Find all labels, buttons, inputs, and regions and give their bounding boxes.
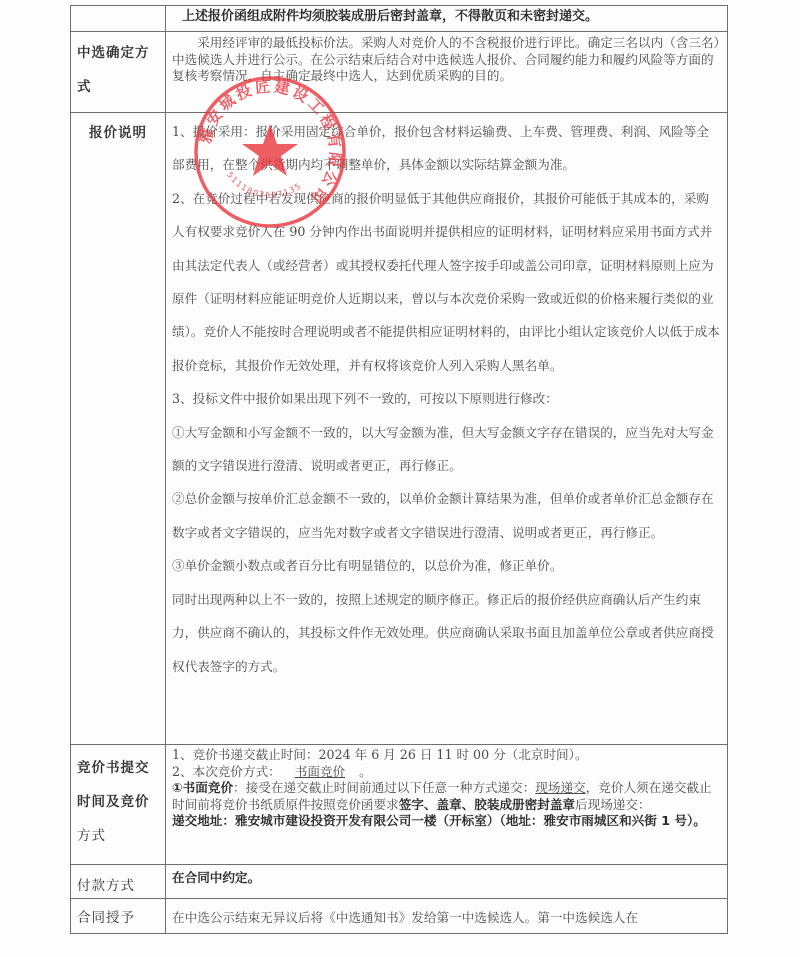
onsite-submission: 现场递交	[535, 780, 585, 795]
quote-rule-2: ②总价金额与按单价汇总金额不一致的，以单价金额计算结果为准，但单价或者单价汇总金…	[166, 482, 727, 549]
method-value: 书面竞价	[281, 764, 359, 779]
payment-text: 在合同中约定。	[166, 865, 727, 891]
selection-method-label: 中选确定方 式	[71, 32, 166, 113]
table-row-quote-explanation: 报价说明 1、报价采用：报价采用固定综合单价，报价包含材料运输费、上车费、管理费…	[71, 113, 728, 745]
procurement-terms-table: 上述报价函组成附件均须胶装成册后密封盖章，不得散页和未密封递交。 中选确定方 式…	[70, 5, 728, 934]
table-row-submission: 竞价书提交 时间及竞价 方式 1、竞价书递交截止时间：2024 年 6 月 26…	[71, 745, 728, 865]
table-row-contract-award: 合同授予 在中选公示结束无异议后将《中选通知书》发给第一中选候选人。第一中选候选…	[71, 899, 728, 934]
quote-explanation-value: 1、报价采用：报价采用固定综合单价，报价包含材料运输费、上车费、管理费、利润、风…	[166, 113, 728, 745]
label-line: 中选确定方	[77, 36, 159, 70]
payment-label: 付款方式	[71, 865, 166, 899]
document-page: 上述报价函组成附件均须胶装成册后密封盖章，不得散页和未密封递交。 中选确定方 式…	[0, 0, 800, 957]
contract-award-label: 合同授予	[71, 899, 166, 934]
label-line: 方式	[77, 819, 159, 853]
payment-value: 在合同中约定。	[166, 865, 728, 899]
submission-value: 1、竞价书递交截止时间：2024 年 6 月 26 日 11 时 00 分（北京…	[166, 745, 728, 865]
contract-award-value: 在中选公示结束无异议后将《中选通知书》发给第一中选候选人。第一中选候选人在	[166, 899, 728, 934]
selection-method-text: 采用经评审的最低投标价法。采购人对竞价人的不含税报价进行评比。确定三名以内（含三…	[166, 32, 727, 88]
label-line: 竞价书提交	[77, 751, 159, 785]
empty-label-cell	[71, 6, 166, 32]
table-row-sealing-note: 上述报价函组成附件均须胶装成册后密封盖章，不得散页和未密封递交。	[71, 6, 728, 32]
sealing-note-text: 上述报价函组成附件均须胶装成册后密封盖章，不得散页和未密封递交。	[166, 6, 727, 28]
quote-paragraph-3: 3、投标文件中报价如果出现下列不一致的，可按以下原则进行修改：	[166, 382, 727, 415]
quote-explanation-label: 报价说明	[71, 113, 166, 745]
quote-paragraph-final: 同时出现两种以上不一致的，按照上述规定的顺序修正。修正后的报价经供应商确认后产生…	[166, 583, 727, 683]
contract-award-text: 在中选公示结束无异议后将《中选通知书》发给第一中选候选人。第一中选候选人在	[166, 899, 727, 933]
selection-method-value: 采用经评审的最低投标价法。采购人对竞价人的不含税报价进行评比。确定三名以内（含三…	[166, 32, 728, 113]
table-row-payment: 付款方式 在合同中约定。	[71, 865, 728, 899]
quote-rule-1: ①大写金额和小写金额不一致的，以大写金额为准，但大写金额文字存在错误的，应当先对…	[166, 416, 727, 483]
submission-label: 竞价书提交 时间及竞价 方式	[71, 745, 166, 865]
quote-paragraph-2: 2、在竞价过程中若发现供应商的报价明显低于其他供应商报价，其报价可能低于其成本的…	[166, 182, 727, 382]
table-row-selection-method: 中选确定方 式 采用经评审的最低投标价法。采购人对竞价人的不含税报价进行评比。确…	[71, 32, 728, 113]
submission-deadline: 1、竞价书递交截止时间：2024 年 6 月 26 日 11 时 00 分（北京…	[172, 747, 721, 764]
submission-method: 2、本次竞价方式：书面竞价。	[172, 764, 721, 781]
quote-rule-3: ③单价金额小数点或者百分比有明显错位的，以总价为准，修正单价。	[166, 549, 727, 582]
quote-paragraph-1: 1、报价采用：报价采用固定综合单价，报价包含材料运输费、上车费、管理费、利润、风…	[166, 115, 727, 182]
submission-address: 递交地址：雅安城市建设投资开发有限公司一楼（开标室）（地址：雅安市雨城区和兴街 …	[172, 813, 721, 830]
written-bidding: ①书面竞价：接受在递交截止时间前通过以下任意一种方式递交：现场递交，竞价人须在递…	[172, 780, 721, 813]
sealing-note-cell: 上述报价函组成附件均须胶装成册后密封盖章，不得散页和未密封递交。	[166, 6, 728, 32]
label-line: 时间及竞价	[77, 785, 159, 819]
label-line: 式	[77, 70, 159, 104]
